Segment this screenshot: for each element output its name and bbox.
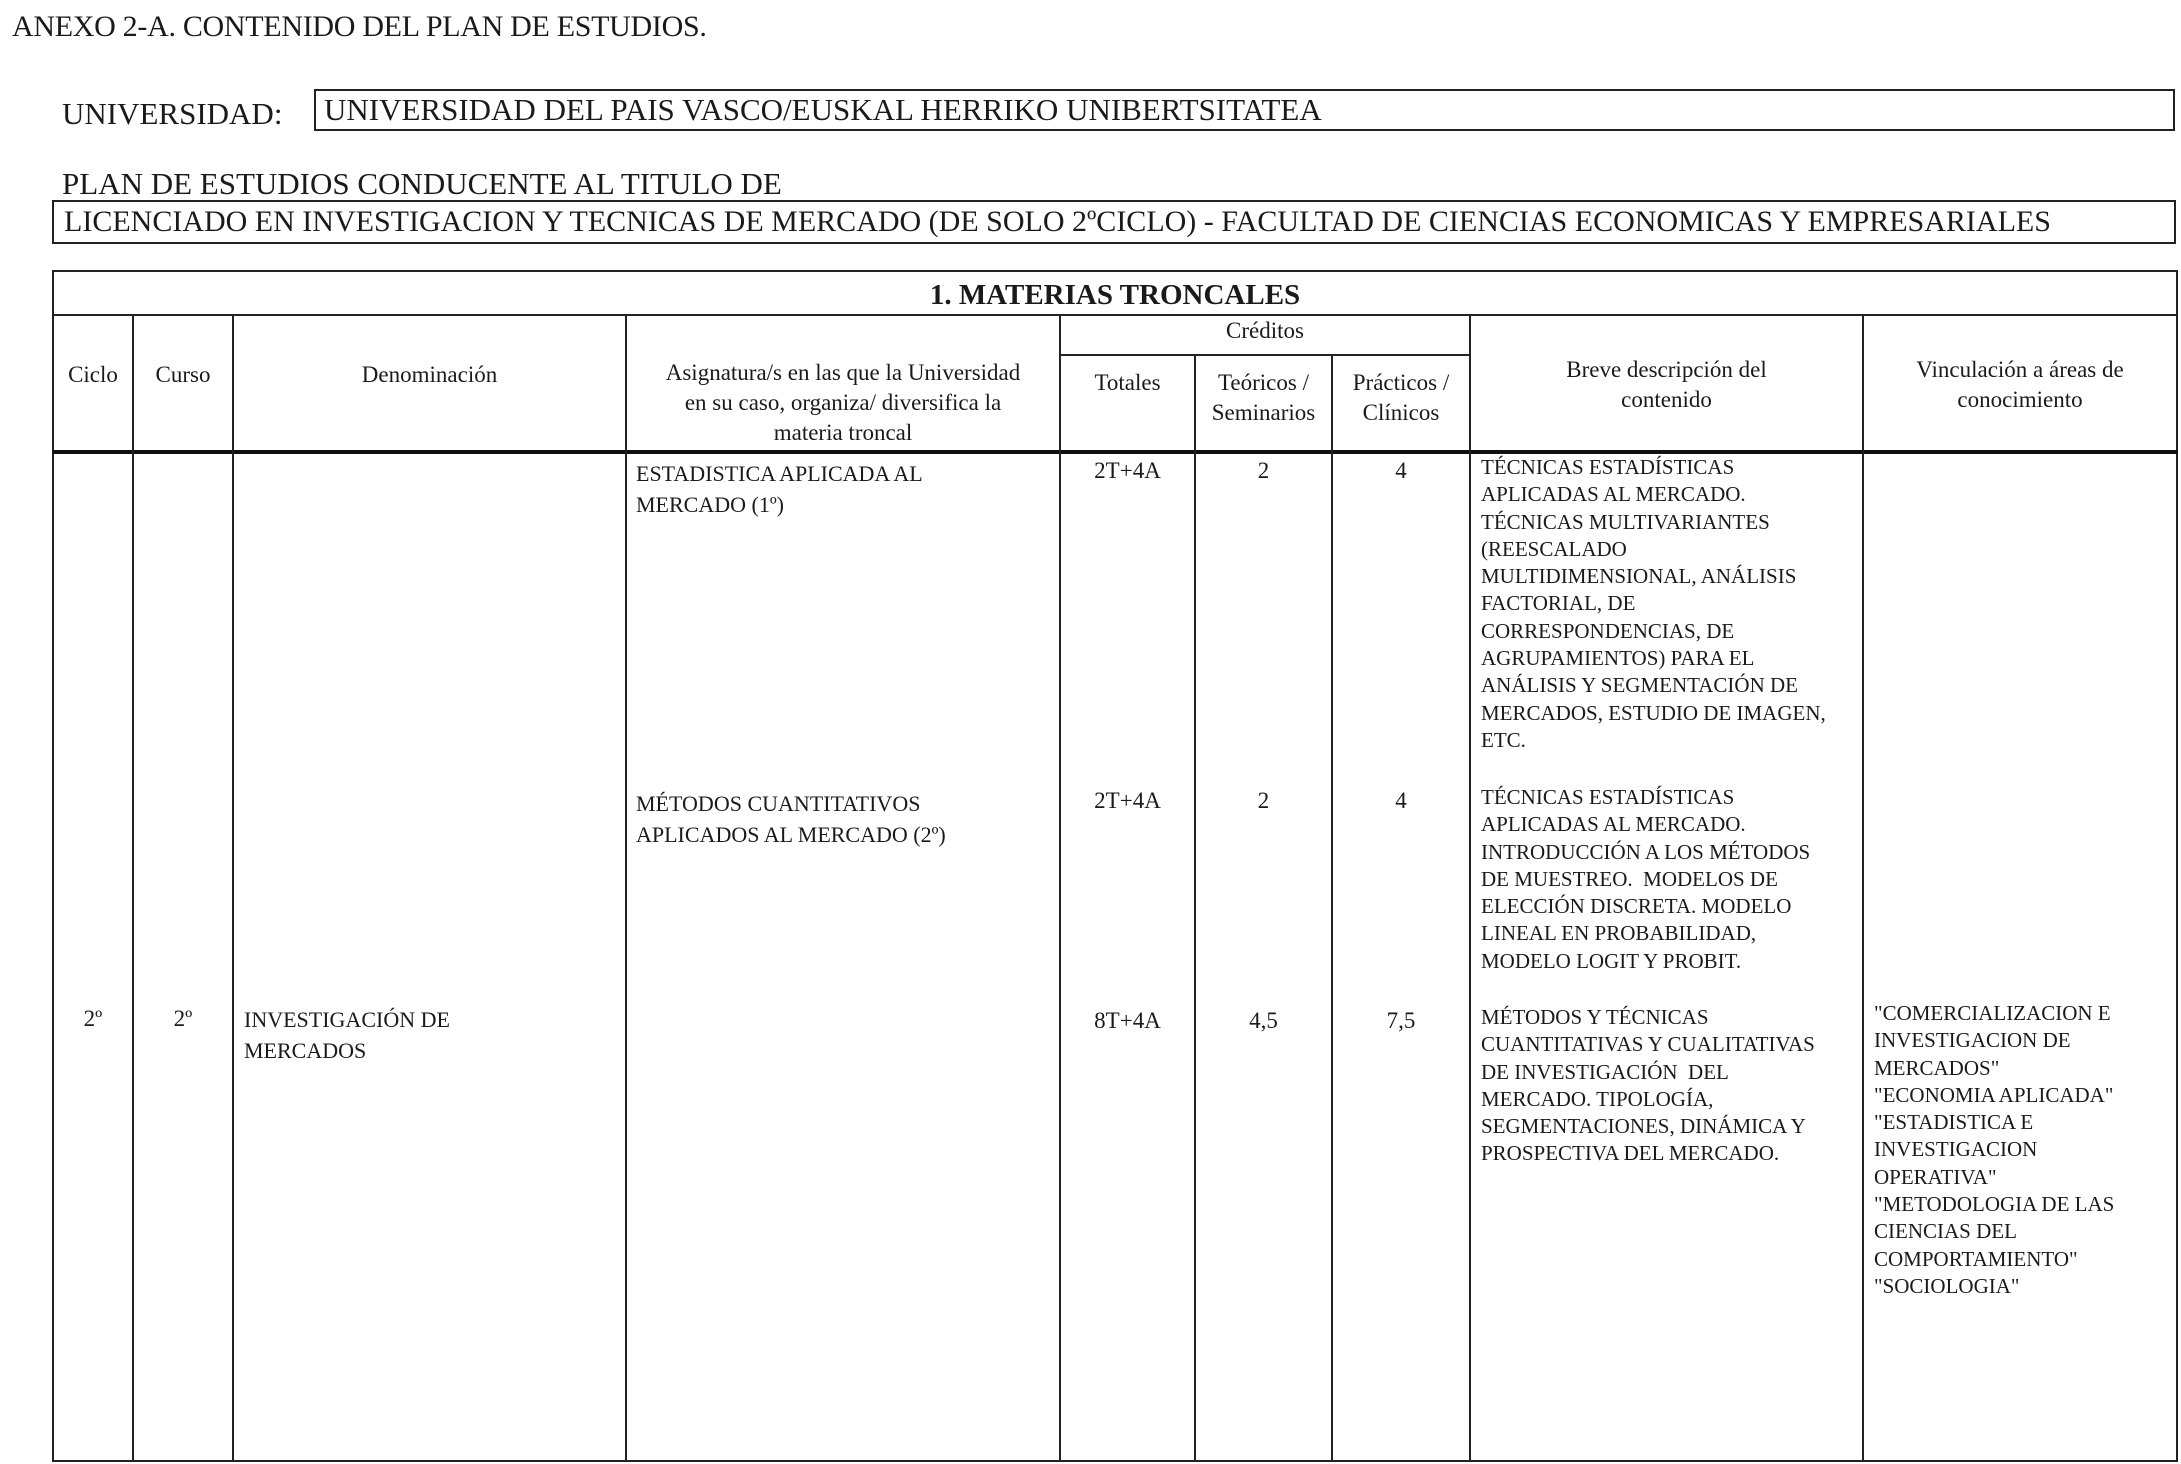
- knowledge-area-line: "SOCIOLOGIA": [1874, 1273, 2174, 1300]
- knowledge-area-line: "ESTADISTICA E: [1874, 1109, 2174, 1136]
- description-line: APLICADAS AL MERCADO.: [1481, 811, 1861, 838]
- header-practicos-line: Clínicos: [1333, 398, 1469, 428]
- knowledge-area-line: "COMERCIALIZACION E: [1874, 1000, 2174, 1027]
- description-line: TÉCNICAS ESTADÍSTICAS: [1481, 454, 1861, 481]
- knowledge-area-line: "ECONOMIA APLICADA": [1874, 1082, 2174, 1109]
- description-line: ETC.: [1481, 727, 1861, 754]
- description-line: CORRESPONDENCIAS, DE: [1481, 618, 1861, 645]
- header-asignatura: Asignatura/s en las que la Universidad e…: [627, 358, 1059, 448]
- header-curso: Curso: [134, 360, 232, 390]
- description-line: TÉCNICAS ESTADÍSTICAS: [1481, 784, 1861, 811]
- subject-2-practicos: 4: [1333, 788, 1469, 814]
- description-line: DE MUESTREO. MODELOS DE: [1481, 866, 1861, 893]
- header-teoricos-line: Seminarios: [1196, 398, 1331, 428]
- denominacion-line: MERCADOS: [244, 1035, 614, 1066]
- header-vinculacion-line: Vinculación a áreas de: [1864, 355, 2176, 385]
- description-line: FACTORIAL, DE: [1481, 590, 1861, 617]
- materia-teoricos: 4,5: [1196, 1008, 1331, 1034]
- knowledge-area-line: OPERATIVA": [1874, 1164, 2174, 1191]
- knowledge-area-line: INVESTIGACION: [1874, 1136, 2174, 1163]
- materia-totales: 8T+4A: [1061, 1008, 1194, 1034]
- subject-1-teoricos: 2: [1196, 458, 1331, 484]
- header-ciclo: Ciclo: [54, 360, 132, 390]
- description-line: SEGMENTACIONES, DINÁMICA Y: [1481, 1113, 1861, 1140]
- materia-practicos: 7,5: [1333, 1008, 1469, 1034]
- header-teoricos-line: Teóricos /: [1196, 368, 1331, 398]
- description-line: MODELO LOGIT Y PROBIT.: [1481, 948, 1861, 975]
- subject-name-line: MERCADO (1º): [636, 489, 1051, 520]
- description-line: DE INVESTIGACIÓN DEL: [1481, 1059, 1861, 1086]
- description-line: MERCADO. TIPOLOGÍA,: [1481, 1086, 1861, 1113]
- column-divider: [232, 314, 234, 1462]
- description-line: ELECCIÓN DISCRETA. MODELO: [1481, 893, 1861, 920]
- header-teoricos: Teóricos / Seminarios: [1196, 368, 1331, 428]
- denominacion-line: INVESTIGACIÓN DE: [244, 1004, 614, 1035]
- header-descripcion-line: contenido: [1471, 385, 1862, 415]
- university-label: UNIVERSIDAD:: [62, 96, 282, 132]
- header-totales: Totales: [1061, 368, 1194, 398]
- description-line: MÉTODOS Y TÉCNICAS: [1481, 1004, 1861, 1031]
- description-line: MULTIDIMENSIONAL, ANÁLISIS: [1481, 563, 1861, 590]
- knowledge-area-line: CIENCIAS DEL: [1874, 1218, 2174, 1245]
- knowledge-areas: "COMERCIALIZACION EINVESTIGACION DEMERCA…: [1874, 1000, 2174, 1300]
- subject-1-totales: 2T+4A: [1061, 458, 1194, 484]
- knowledge-area-line: COMPORTAMIENTO": [1874, 1246, 2174, 1273]
- description-line: APLICADAS AL MERCADO.: [1481, 481, 1861, 508]
- header-asignatura-line: materia troncal: [627, 418, 1059, 448]
- subject-name-line: ESTADISTICA APLICADA AL: [636, 458, 1051, 489]
- description-line: INTRODUCCIÓN A LOS MÉTODOS: [1481, 839, 1861, 866]
- description-line: TÉCNICAS MULTIVARIANTES: [1481, 509, 1861, 536]
- column-divider: [1059, 314, 1061, 1462]
- university-field: UNIVERSIDAD DEL PAIS VASCO/EUSKAL HERRIK…: [314, 89, 2175, 131]
- column-divider: [625, 314, 627, 1462]
- description-line: ANÁLISIS Y SEGMENTACIÓN DE: [1481, 672, 1861, 699]
- subject-1-description: TÉCNICAS ESTADÍSTICASAPLICADAS AL MERCAD…: [1481, 454, 1861, 754]
- knowledge-area-line: INVESTIGACION DE: [1874, 1027, 2174, 1054]
- header-vinculacion: Vinculación a áreas de conocimiento: [1864, 355, 2176, 415]
- description-line: PROSPECTIVA DEL MERCADO.: [1481, 1140, 1861, 1167]
- cell-ciclo: 2º: [54, 1006, 132, 1032]
- description-line: AGRUPAMIENTOS) PARA EL: [1481, 645, 1861, 672]
- subject-2-name: MÉTODOS CUANTITATIVOS APLICADOS AL MERCA…: [636, 788, 1051, 850]
- column-divider: [132, 314, 134, 1462]
- annex-title: ANEXO 2-A. CONTENIDO DEL PLAN DE ESTUDIO…: [12, 10, 707, 44]
- header-practicos-line: Prácticos /: [1333, 368, 1469, 398]
- knowledge-area-line: "METODOLOGIA DE LAS: [1874, 1191, 2174, 1218]
- description-line: MERCADOS, ESTUDIO DE IMAGEN,: [1481, 700, 1861, 727]
- column-divider: [1469, 314, 1471, 1462]
- header-vinculacion-line: conocimiento: [1864, 385, 2176, 415]
- cell-curso: 2º: [134, 1006, 232, 1032]
- header-practicos: Prácticos / Clínicos: [1333, 368, 1469, 428]
- cell-denominacion: INVESTIGACIÓN DE MERCADOS: [244, 1004, 614, 1066]
- column-divider: [1331, 356, 1333, 1462]
- subject-1-practicos: 4: [1333, 458, 1469, 484]
- subject-2-teoricos: 2: [1196, 788, 1331, 814]
- subject-2-totales: 2T+4A: [1061, 788, 1194, 814]
- header-denominacion: Denominación: [234, 360, 625, 390]
- plan-label: PLAN DE ESTUDIOS CONDUCENTE AL TITULO DE: [62, 166, 782, 202]
- header-creditos: Créditos: [1061, 316, 1469, 346]
- section-title: 1. MATERIAS TRONCALES: [52, 272, 2178, 314]
- header-descripcion-line: Breve descripción del: [1471, 355, 1862, 385]
- subject-1-name: ESTADISTICA APLICADA AL MERCADO (1º): [636, 458, 1051, 520]
- subject-2-description: TÉCNICAS ESTADÍSTICASAPLICADAS AL MERCAD…: [1481, 784, 1861, 975]
- header-asignatura-line: en su caso, organiza/ diversifica la: [627, 388, 1059, 418]
- divider: [1060, 354, 1470, 356]
- materia-description: MÉTODOS Y TÉCNICASCUANTITATIVAS Y CUALIT…: [1481, 1004, 1861, 1168]
- column-divider: [1194, 356, 1196, 1462]
- knowledge-area-line: MERCADOS": [1874, 1055, 2174, 1082]
- description-line: (REESCALADO: [1481, 536, 1861, 563]
- subject-name-line: APLICADOS AL MERCADO (2º): [636, 819, 1051, 850]
- degree-field: LICENCIADO EN INVESTIGACION Y TECNICAS D…: [52, 200, 2176, 244]
- description-line: CUANTITATIVAS Y CUALITATIVAS: [1481, 1031, 1861, 1058]
- header-descripcion: Breve descripción del contenido: [1471, 355, 1862, 415]
- description-line: LINEAL EN PROBABILIDAD,: [1481, 920, 1861, 947]
- subject-name-line: MÉTODOS CUANTITATIVOS: [636, 788, 1051, 819]
- header-asignatura-line: Asignatura/s en las que la Universidad: [627, 358, 1059, 388]
- column-divider: [1862, 314, 1864, 1462]
